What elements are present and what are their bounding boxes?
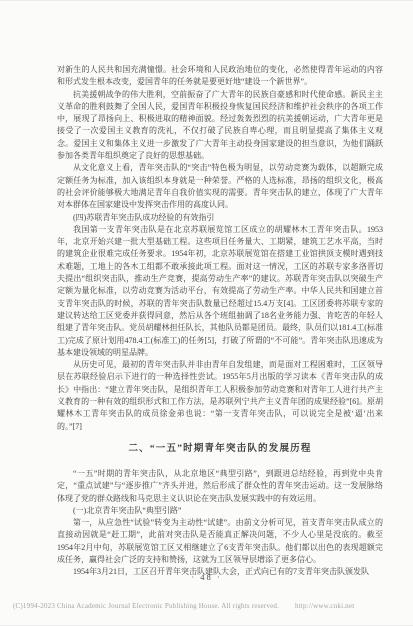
paragraph: 从历史可见，最初的青年突击队并非由青年自发组建，而是面对工程困难时，工区领导层在… [57,359,383,433]
paragraph: 对新生的人民共和国充满憧憬。社会环境和人民政治地位的变化，必然使得青年运动的内容… [57,64,383,89]
subsection-heading: (一)北京青年突击队“典型引路” [57,505,383,517]
paragraph: 我国第一支青年突击队是在北京苏联展览馆工区成立的胡耀林木工青年突击队。1953年… [57,224,383,359]
page-number: · 48 · [0,572,413,582]
copyright-text: (C)1994-2023 China Academic Journal Elec… [13,602,279,610]
scanned-paper-page: 对新生的人民共和国充满憧憬。社会环境和人民政治地位的变化，必然使得青年运动的内容… [0,0,413,626]
paragraph: 从文化意义上看，青年突击队的“突击”特色极为明显，以劳动竞赛为载体，以超额完成定… [57,162,383,211]
article-body: 对新生的人民共和国充满憧憬。社会环境和人民政治地位的变化，必然使得青年运动的内容… [57,64,383,579]
paragraph: “一五”时期的青年突击队，从北京地区“典型引路”，到跟进总结经验，再到党中央肯定… [57,468,383,505]
subsection-heading: (四)苏联青年突击队成功经验的有效指引 [57,212,383,224]
cnki-url: http://www.cnki.net [295,602,354,610]
paragraph: 抗美援朝战争的伟大胜利，空前振奋了广大青年的民族自豪感和时代使命感。新民主主义革… [57,89,383,163]
paragraph: 第一，从应急性“试验”转变为主动性“试建”。由前文分析可见，首支青年突击队成立的… [57,517,383,566]
section-heading: 二、“一五”时期青年突击队的发展历程 [57,443,383,456]
copyright-footer: (C)1994-2023 China Academic Journal Elec… [13,602,403,610]
